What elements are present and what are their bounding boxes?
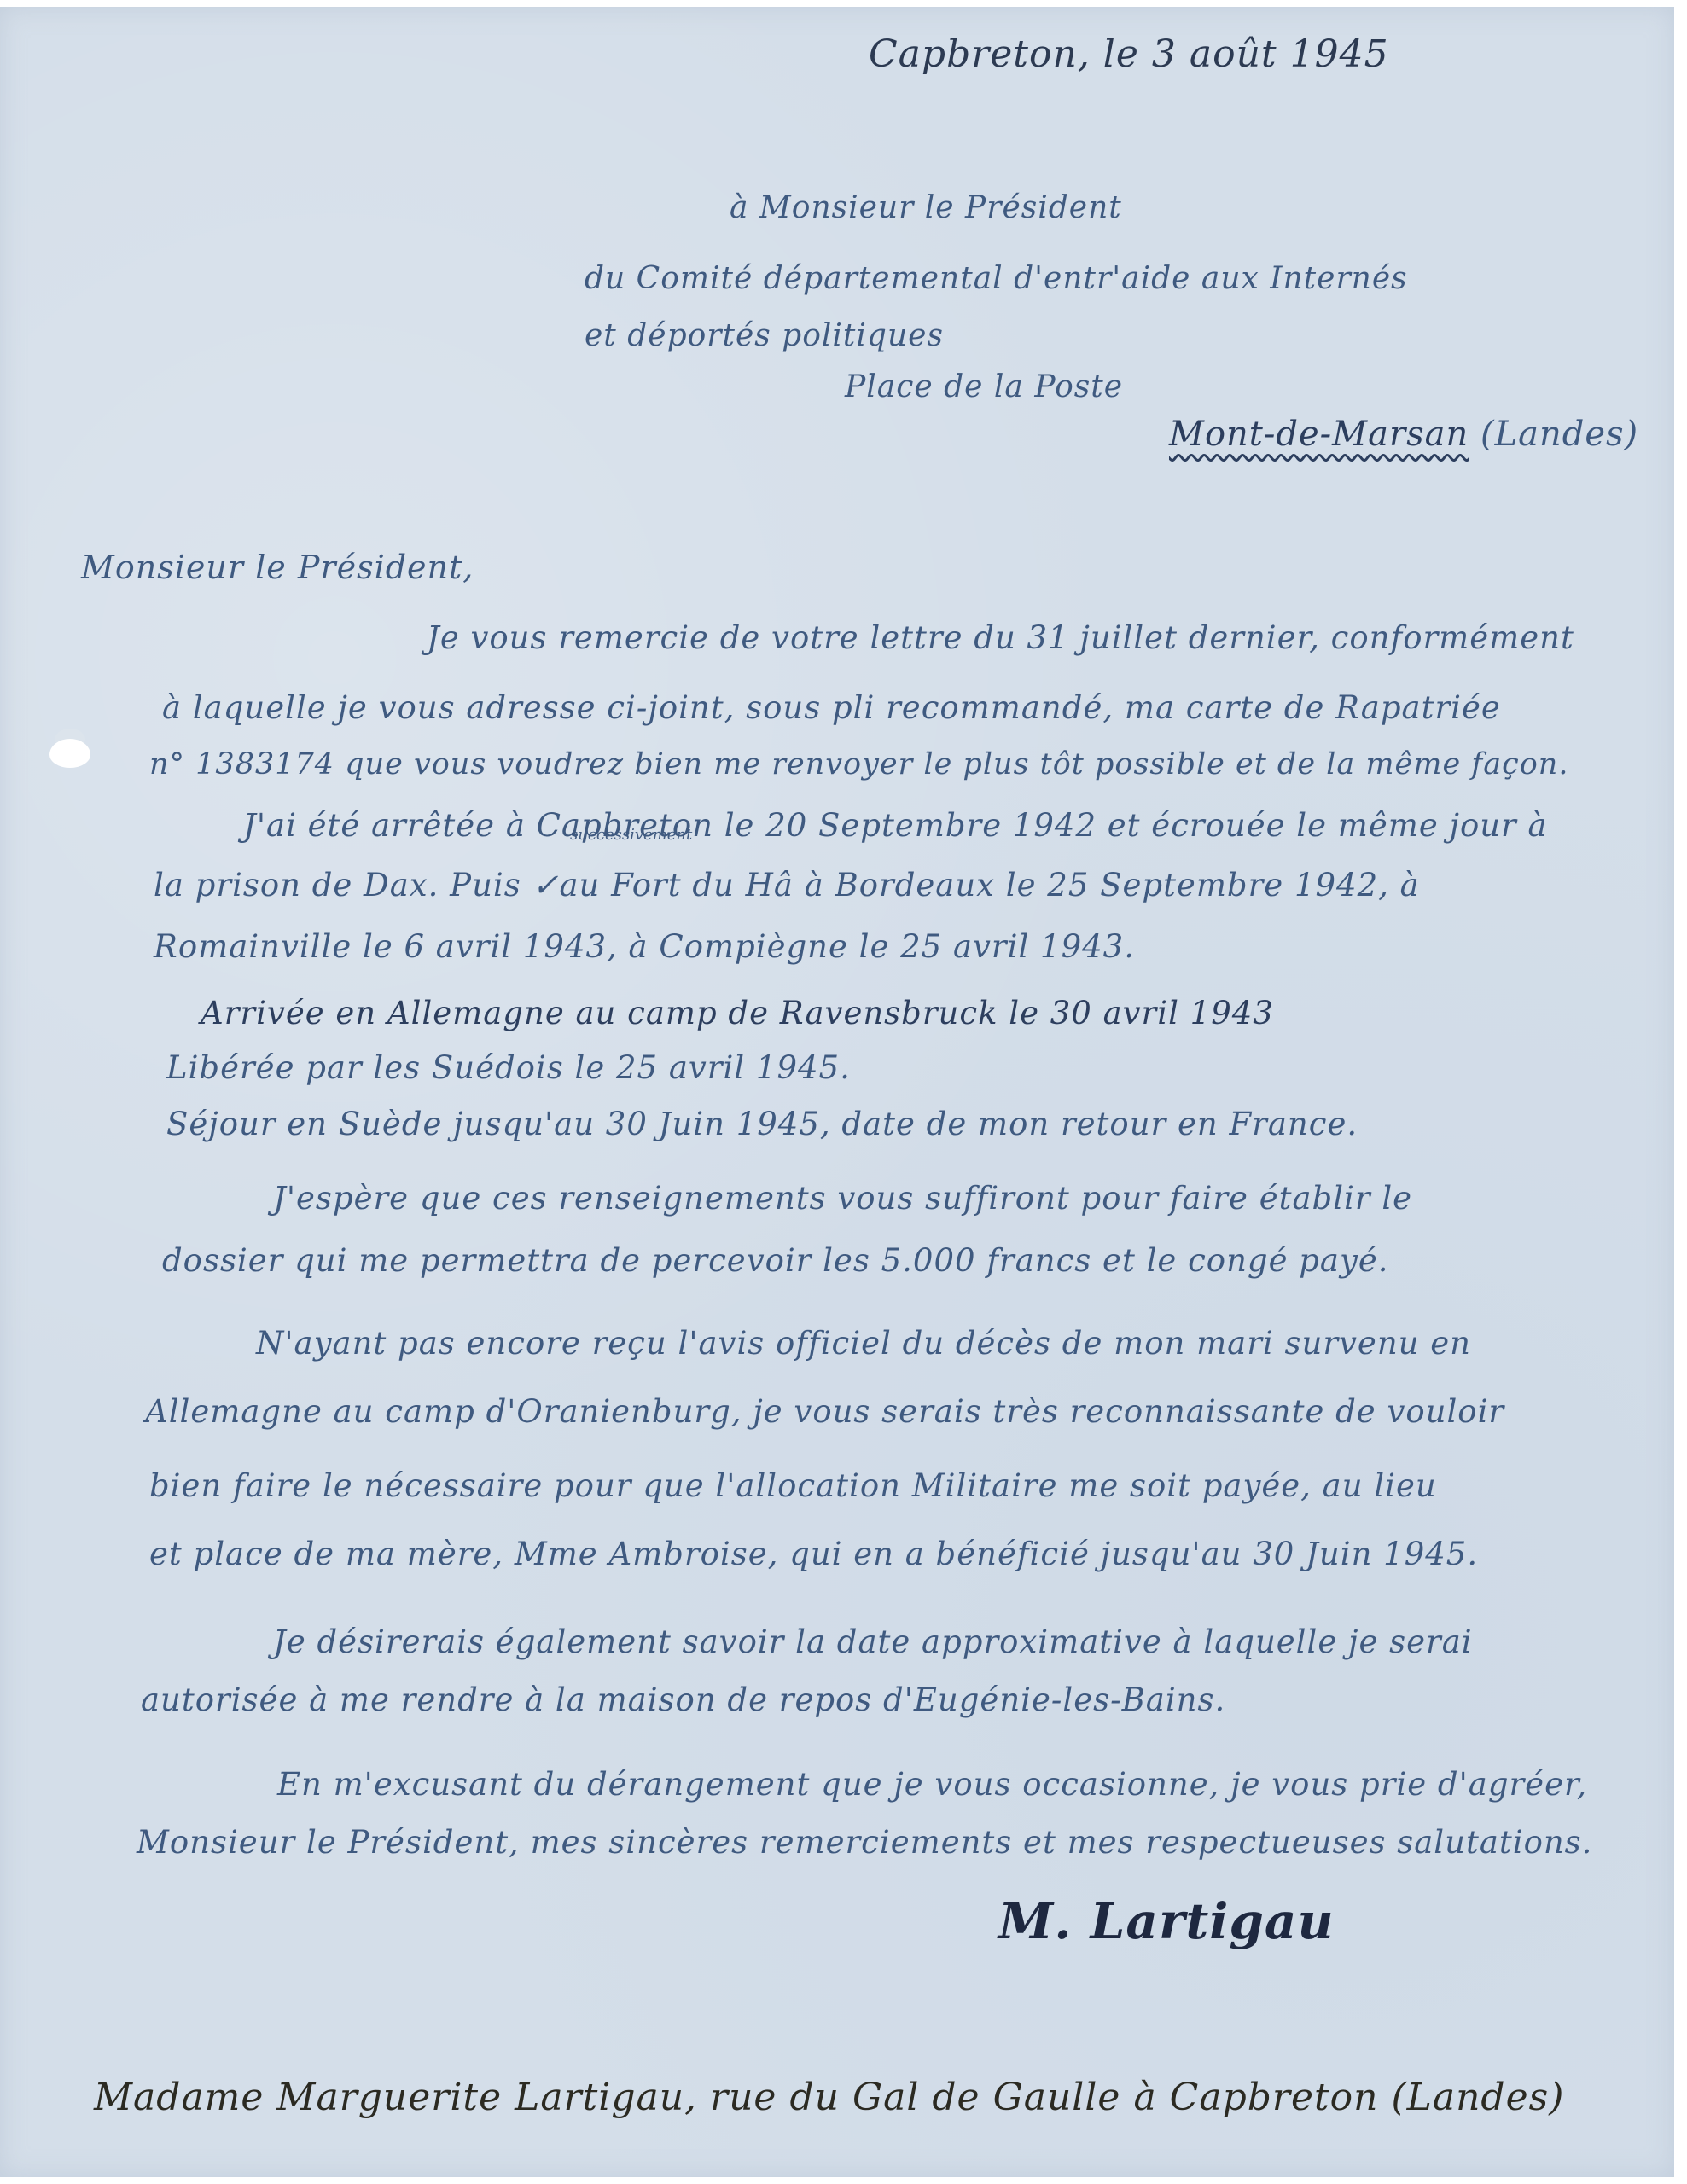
place-date: Capbreton, le 3 août 1945 (869, 32, 1389, 76)
body-line: Romainville le 6 avril 1943, à Compiègne… (154, 928, 1135, 965)
recipient-line-4: Place de la Poste (845, 369, 1123, 404)
body-line: Je vous remercie de votre lettre du 31 j… (427, 619, 1574, 656)
body-line: à laquelle je vous adresse ci-joint, sou… (162, 689, 1501, 726)
body-line: bien faire le nécessaire pour que l'allo… (149, 1467, 1437, 1504)
recipient-line-1: à Monsieur le Président (730, 190, 1122, 225)
recipient-line-3: et déportés politiques (585, 318, 944, 353)
recipient-city: Mont-de-Marsan (1169, 415, 1469, 454)
body-line: la prison de Dax. Puis ✓au Fort du Hâ à … (154, 867, 1420, 903)
punch-hole (49, 739, 90, 768)
body-line: Allemagne au camp d'Oranienburg, je vous… (145, 1393, 1504, 1430)
body-line: Séjour en Suède jusqu'au 30 Juin 1945, d… (166, 1106, 1358, 1142)
recipient-region: (Landes) (1480, 415, 1638, 454)
body-line: N'ayant pas encore reçu l'avis officiel … (256, 1325, 1471, 1362)
body-line: J'espère que ces renseignements vous suf… (273, 1180, 1412, 1217)
body-line: n° 1383174 que vous voudrez bien me renv… (149, 747, 1568, 781)
recipient-line-2: du Comité départemental d'entr'aide aux … (585, 261, 1408, 296)
body-line: dossier qui me permettra de percevoir le… (162, 1242, 1389, 1279)
body-line: Monsieur le Président, mes sincères reme… (137, 1824, 1592, 1861)
body-line: Arrivée en Allemagne au camp de Ravensbr… (201, 995, 1274, 1031)
salutation: Monsieur le Président, (81, 549, 474, 586)
body-line: J'ai été arrêtée à Capbreton le 20 Septe… (243, 807, 1548, 844)
body-line: autorisée à me rendre à la maison de rep… (141, 1682, 1225, 1718)
signature: M. Lartigau (998, 1892, 1335, 1950)
body-line: et place de ma mère, Mme Ambroise, qui e… (149, 1536, 1478, 1572)
body-line: En m'excusant du dérangement que je vous… (277, 1766, 1587, 1803)
recipient-city-line: Mont-de-Marsan (Landes) (1169, 415, 1638, 454)
body-line: Je désirerais également savoir la date a… (273, 1623, 1473, 1660)
interlinear-note: successivement (570, 826, 692, 844)
letter-paper: Capbreton, le 3 août 1945 à Monsieur le … (0, 7, 1674, 2177)
sender-address: Madame Marguerite Lartigau, rue du Gal d… (94, 2076, 1564, 2119)
body-line: Libérée par les Suédois le 25 avril 1945… (166, 1049, 851, 1086)
